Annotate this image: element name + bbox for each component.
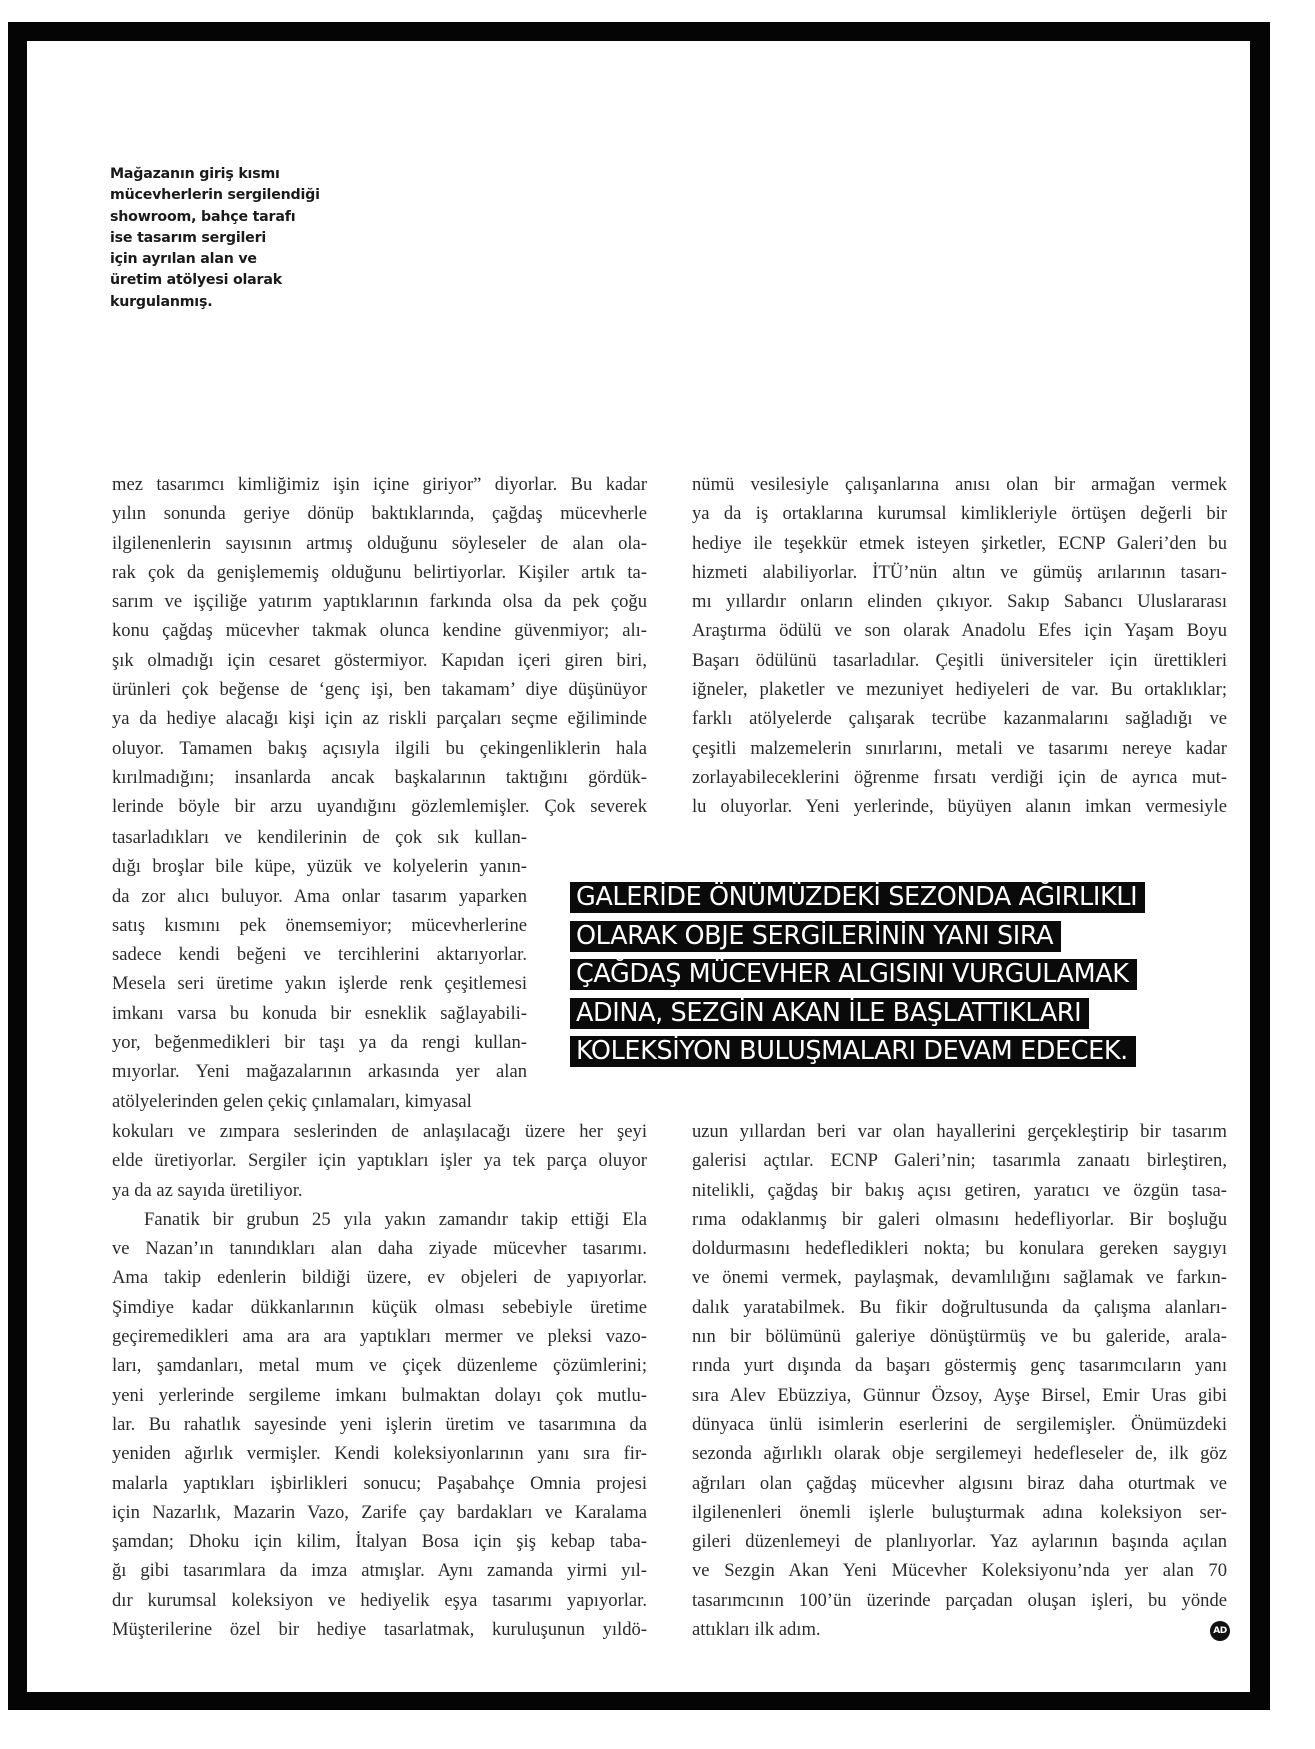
text-line: Fanatik bir grubun 25 yıla yakın zamandı… xyxy=(112,1205,647,1234)
pull-quote: GALERİDE ÖNÜMÜZDEKİ SEZONDA AĞIRLIKLI OL… xyxy=(570,882,1220,1075)
text-line: satış kısmını pek önemsemiyor; mücevherl… xyxy=(112,911,527,940)
text-line: atölyelerinden gelen çekiç çınlamaları, … xyxy=(112,1087,527,1116)
text-line: gileri düzenlemeyi de planlıyorlar. Yaz … xyxy=(692,1527,1227,1556)
text-line: konu çağdaş mücevher takmak olunca kendi… xyxy=(112,616,647,645)
text-line: tasarımcının 100’ün üzerinde parçadan ol… xyxy=(692,1586,1227,1615)
text-line: mez tasarımcı kimliğimiz işin içine giri… xyxy=(112,470,647,499)
caption-line: üretim atölyesi olarak xyxy=(110,270,350,291)
text-line: nitelikli, çağdaş bir bakış açısı getire… xyxy=(692,1176,1227,1205)
text-line: sarım ve işçiliğe yatırım yaptıklarının … xyxy=(112,587,647,616)
text-line: ilgilenenleri önemli işlerle buluşturmak… xyxy=(692,1498,1227,1527)
text-line: galerisi açtılar. ECNP Galeri’nin; tasar… xyxy=(692,1146,1227,1175)
text-line: sezonda ağırlıklı olarak obje sergilemey… xyxy=(692,1439,1227,1468)
caption-line: Mağazanın giriş kısmı xyxy=(110,164,350,185)
caption-line: için ayrılan alan ve xyxy=(110,249,350,270)
text-line: ya da iş ortaklarına kurumsal kimlikleri… xyxy=(692,499,1227,528)
text-line: şamdan; Dhoku için kilim, İtalyan Bosa i… xyxy=(112,1527,647,1556)
text-line: ve Sezgin Akan Yeni Mücevher Koleksiyonu… xyxy=(692,1556,1227,1585)
text-line: ları, şamdanları, metal mum ve çiçek düz… xyxy=(112,1351,647,1380)
text-line: farklı atölyelerde çalışarak tecrübe kaz… xyxy=(692,704,1227,733)
caption-line: showroom, bahçe tarafı xyxy=(110,207,350,228)
text-line: dığı broşlar bile küpe, yüzük ve kolyele… xyxy=(112,852,527,881)
right-column-top: nümü vesilesiyle çalışanlarına anısı ola… xyxy=(692,470,1227,822)
caption-line: mücevherlerin sergilendiği xyxy=(110,185,350,206)
text-line: dır kurumsal koleksiyon ve hediyelik eşy… xyxy=(112,1586,647,1615)
text-line: ya da hediye alacağı kişi için az riskli… xyxy=(112,704,647,733)
text-line: malarla yaptıkları işbirlikleri sonucu; … xyxy=(112,1469,647,1498)
text-line: elde üretiyorlar. Sergiler için yaptıkla… xyxy=(112,1146,647,1175)
text-line: sadece kendi beğeni ve tercihlerini akta… xyxy=(112,940,527,969)
text-line: Ama takip edenlerin bildiği üzere, ev ob… xyxy=(112,1263,647,1292)
text-line: dalık yaratabilmek. Bu fikir doğrultusun… xyxy=(692,1293,1227,1322)
text-line: kırılmadığını; insanlarda ancak başkalar… xyxy=(112,763,647,792)
text-line: zorlayabileceklerini öğrenme fırsatı ver… xyxy=(692,763,1227,792)
text-line: ürünleri çok beğense de ‘genç işi, ben t… xyxy=(112,675,647,704)
text-line: ya da az sayıda üretiliyor. xyxy=(112,1176,647,1205)
text-line: geçiremedikleri ama ara ara yaptıkları m… xyxy=(112,1322,647,1351)
text-line: Araştırma ödülü ve son olarak Anadolu Ef… xyxy=(692,616,1227,645)
text-line: lerinde böyle bir arzu uyandığını gözlem… xyxy=(112,792,647,821)
text-line: ağrıları olan çağdaş mücevher algısını b… xyxy=(692,1469,1227,1498)
caption-line: kurgulanmış. xyxy=(110,292,350,313)
text-line: hediye ile teşekkür etmek isteyen şirket… xyxy=(692,529,1227,558)
text-line: oluyor. Tamamen bakış açısıyla ilgili bu… xyxy=(112,734,647,763)
right-column-bottom: uzun yıllardan beri var olan hayallerini… xyxy=(692,1117,1227,1644)
text-line: için Nazarlık, Mazarin Vazo, Zarife çay … xyxy=(112,1498,647,1527)
pull-quote-line: ADINA, SEZGİN AKAN İLE BAŞLATTIKLARI xyxy=(570,998,1089,1029)
text-line: iğneler, plaketler ve mezuniyet hediyele… xyxy=(692,675,1227,704)
pull-quote-line: ÇAĞDAŞ MÜCEVHER ALGISINI VURGULAMAK xyxy=(570,959,1137,990)
text-line: ilgilenenlerin sayısının artmış olduğunu… xyxy=(112,529,647,558)
pull-quote-line: KOLEKSİYON BULUŞMALARI DEVAM EDECEK. xyxy=(570,1036,1136,1067)
pull-quote-line: OLARAK OBJE SERGİLERİNİN YANI SIRA xyxy=(570,921,1061,952)
text-line: ve önemi vermek, paylaşmak, devamlılığın… xyxy=(692,1263,1227,1292)
text-line: hizmeti alabiliyorlar. İTÜ’nün altın ve … xyxy=(692,558,1227,587)
text-line: mı yıllardır onların elinden çıkıyor. Sa… xyxy=(692,587,1227,616)
left-column-top: mez tasarımcı kimliğimiz işin içine giri… xyxy=(112,470,647,822)
text-line: imkanı varsa bu konuda bir esneklik sağl… xyxy=(112,999,527,1028)
text-line: dünyaca ünlü isimlerin eserlerini de ser… xyxy=(692,1410,1227,1439)
text-line: nümü vesilesiyle çalışanlarına anısı ola… xyxy=(692,470,1227,499)
text-line: şık olmadığı için cesaret göstermiyor. K… xyxy=(112,646,647,675)
text-line: rak çok da genişlememiş olduğunu belirti… xyxy=(112,558,647,587)
text-line: çeşitli malzemelerin sınırlarını, metali… xyxy=(692,734,1227,763)
ad-logo-icon: AD xyxy=(1210,1621,1230,1641)
photo-caption: Mağazanın giriş kısmı mücevherlerin serg… xyxy=(110,164,350,313)
text-line: rıma odaklanmış bir galeri olmasını hede… xyxy=(692,1205,1227,1234)
text-line: Müşterilerine özel bir hediye tasarlatma… xyxy=(112,1615,647,1644)
text-line: attıkları ilk adım. xyxy=(692,1615,1227,1644)
text-line: ğı gibi tasarımlara da imza atmışlar. Ay… xyxy=(112,1556,647,1585)
text-line: lar. Bu rahatlık sayesinde yeni işlerin … xyxy=(112,1410,647,1439)
text-line: da zor alıcı buluyor. Ama onlar tasarım … xyxy=(112,882,527,911)
text-line: doldurmasını hedefledikleri nokta; bu ko… xyxy=(692,1234,1227,1263)
text-line: nın bir bölümünü galeriye dönüştürmüş ve… xyxy=(692,1322,1227,1351)
text-line: yeniden ağırlık vermişler. Kendi koleksi… xyxy=(112,1439,647,1468)
text-line: Şimdiye kadar dükkanlarının küçük olması… xyxy=(112,1293,647,1322)
left-column-wrapped: tasarladıkları ve kendilerinin de çok sı… xyxy=(112,823,527,1116)
text-line: ve Nazan’ın tanındıkları alan daha ziyad… xyxy=(112,1234,647,1263)
text-line: sıra Alev Ebüzziya, Günnur Özsoy, Ayşe B… xyxy=(692,1381,1227,1410)
text-line: rında yurt dışında da başarı göstermiş g… xyxy=(692,1351,1227,1380)
text-line: lu oluyorlar. Yeni yerlerinde, büyüyen a… xyxy=(692,792,1227,821)
text-line: yeni yerlerinde sergileme imkanı bulmakt… xyxy=(112,1381,647,1410)
text-line: kokuları ve zımpara seslerinden de anlaş… xyxy=(112,1117,647,1146)
pull-quote-line: GALERİDE ÖNÜMÜZDEKİ SEZONDA AĞIRLIKLI xyxy=(570,882,1145,913)
text-line: Başarı ödülünü tasarladılar. Çeşitli üni… xyxy=(692,646,1227,675)
left-column-bottom: kokuları ve zımpara seslerinden de anlaş… xyxy=(112,1117,647,1644)
text-line: tasarladıkları ve kendilerinin de çok sı… xyxy=(112,823,527,852)
text-line: yor, beğenmedikleri bir taşı ya da rengi… xyxy=(112,1028,527,1057)
text-line: mıyorlar. Yeni mağazalarının arkasında y… xyxy=(112,1057,527,1086)
text-line: yılın sonunda geriye dönüp baktıklarında… xyxy=(112,499,647,528)
text-line: uzun yıllardan beri var olan hayallerini… xyxy=(692,1117,1227,1146)
caption-line: ise tasarım sergileri xyxy=(110,228,350,249)
text-line: Mesela seri üretime yakın işlerde renk ç… xyxy=(112,969,527,998)
